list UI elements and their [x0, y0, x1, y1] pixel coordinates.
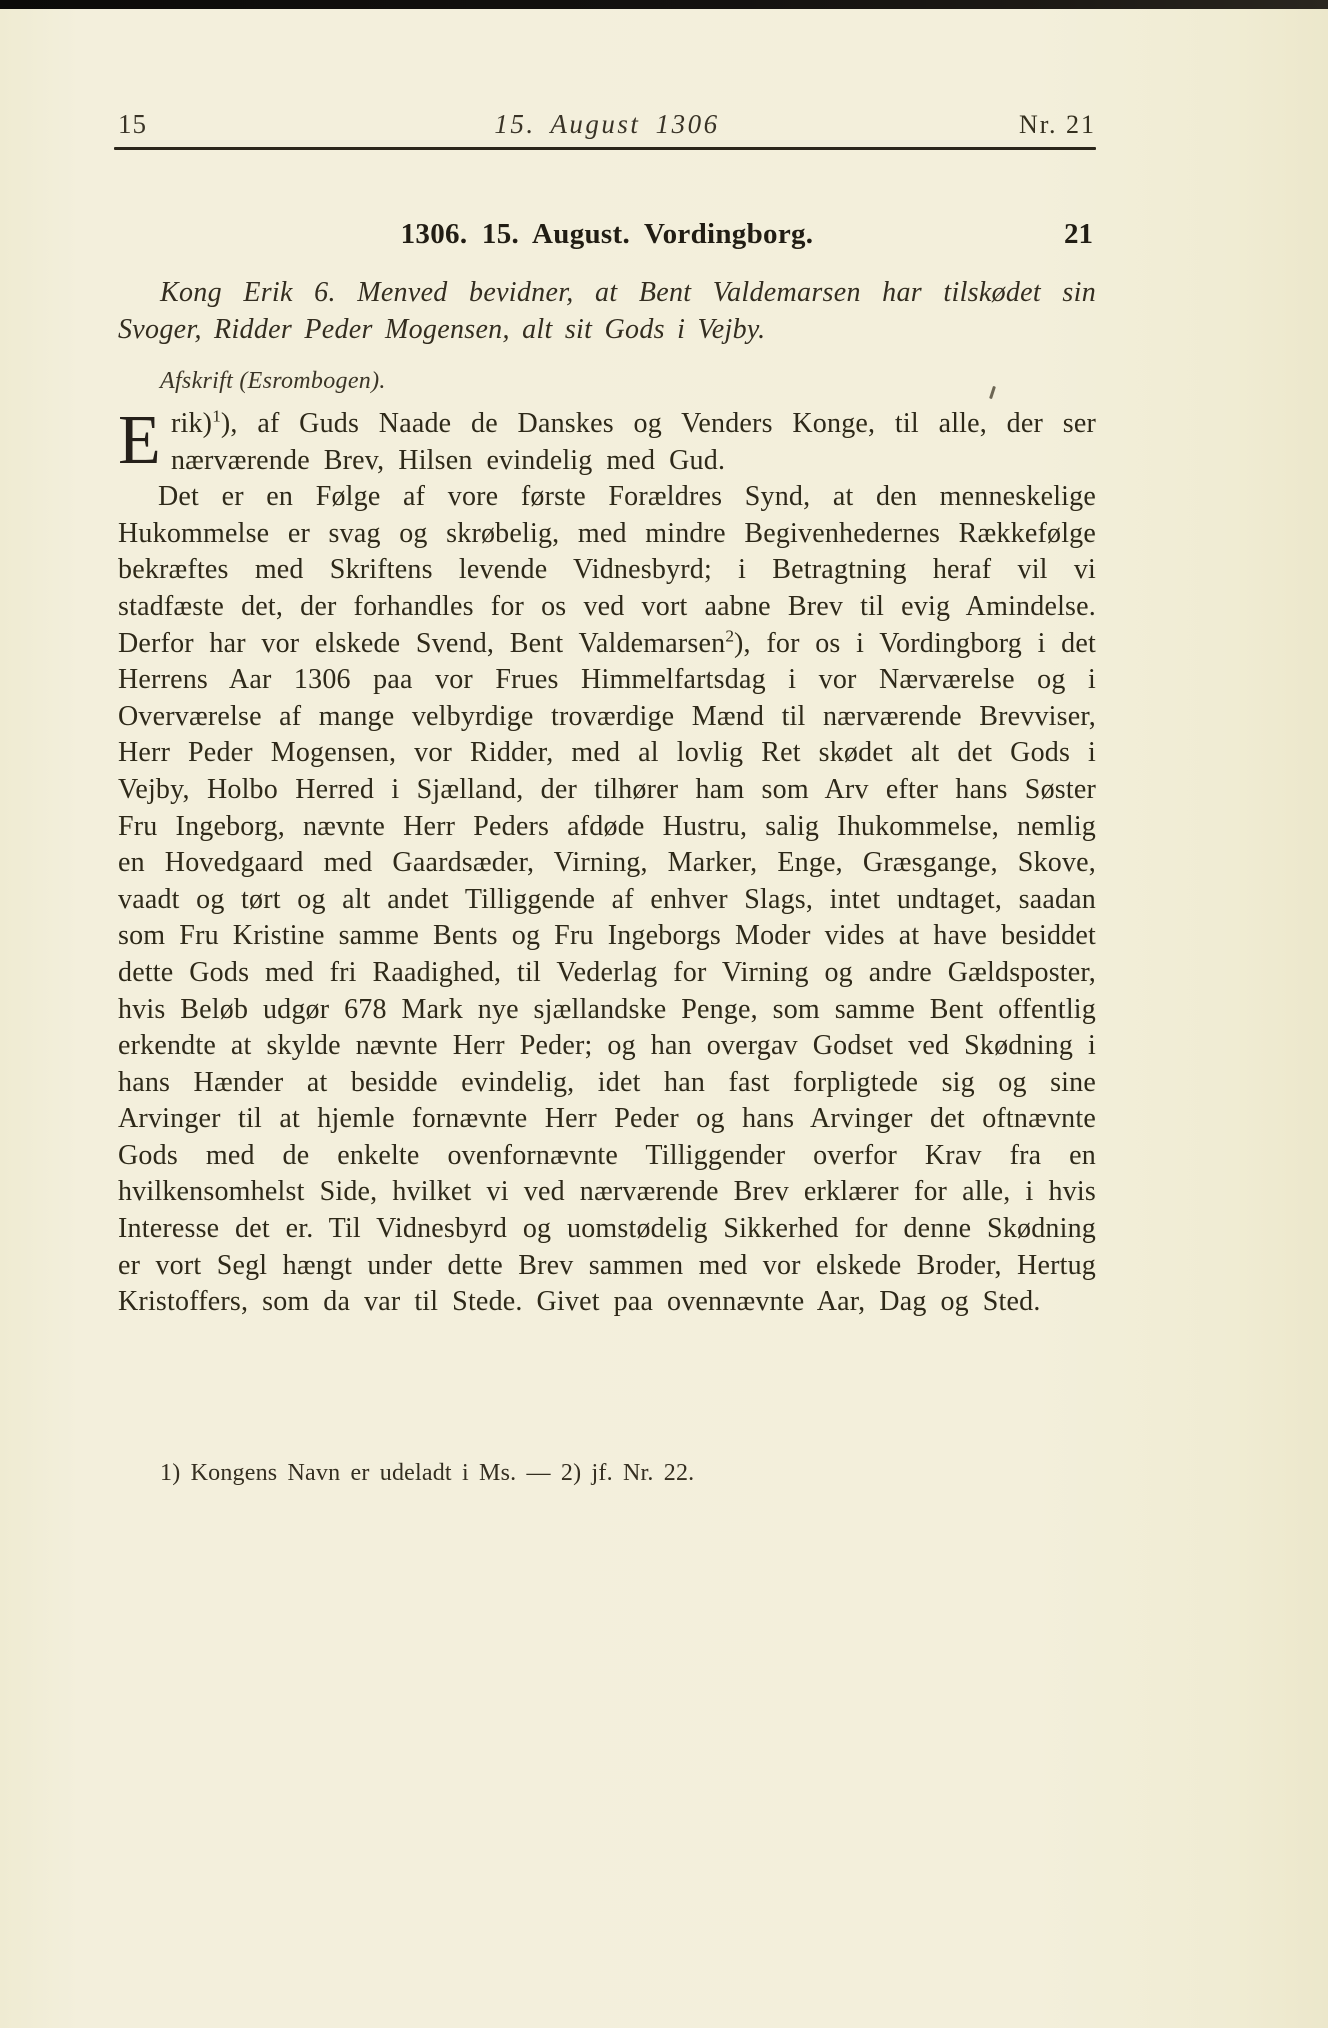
body-p1-text: rik) — [171, 408, 212, 439]
entry-heading-row: 1306. 15. August. Vordingborg. 21 — [118, 218, 1096, 252]
ink-mark — [989, 386, 996, 399]
drop-cap: E — [118, 406, 171, 470]
entry-heading: 1306. 15. August. Vordingborg. — [118, 218, 1096, 251]
scan-top-edge — [0, 0, 1328, 9]
body-p2-text-cont: ), for os i Vordingborg i det Herrens Aa… — [118, 628, 1096, 1318]
running-header: 15 15. August 1306 Nr. 21 — [118, 106, 1096, 140]
running-title: 15. August 1306 — [118, 109, 1096, 140]
body-p1-text-cont: ), af Guds Naade de Danskes og Venders K… — [171, 408, 1096, 476]
footnote-text: 1) Kongens Navn er udeladt i Ms. — 2) jf… — [160, 1460, 1060, 1487]
footnote-ref-1: 1 — [212, 407, 221, 426]
entry-number: 21 — [1064, 218, 1093, 251]
header-rule — [114, 147, 1096, 150]
entry-body: Erik)1), af Guds Naade de Danskes og Ven… — [118, 406, 1096, 1321]
body-paragraph-2: Det er en Følge af vore første Forældres… — [118, 479, 1096, 1321]
issue-number: Nr. 21 — [1019, 110, 1096, 140]
footnote-ref-2: 2 — [725, 626, 734, 645]
body-paragraph-1: Erik)1), af Guds Naade de Danskes og Ven… — [118, 406, 1096, 479]
source-note: Afskrift (Esrombogen). — [160, 368, 386, 395]
entry-summary: Kong Erik 6. Menved bevidner, at Bent Va… — [118, 275, 1096, 348]
